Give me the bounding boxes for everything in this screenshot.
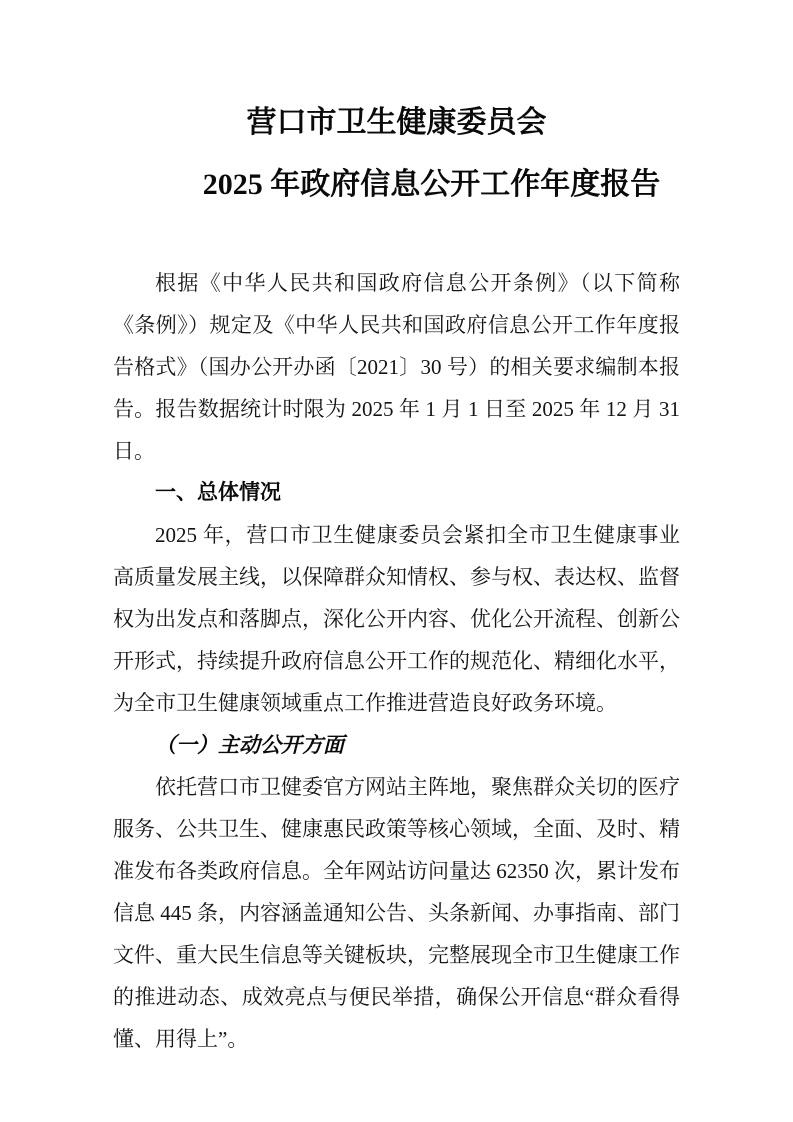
- document-title-line1: 营口市卫生健康委员会: [113, 103, 680, 143]
- document-content: 营口市卫生健康委员会 2025 年政府信息公开工作年度报告 根据《中华人民共和国…: [113, 0, 680, 1060]
- document-title: 营口市卫生健康委员会 2025 年政府信息公开工作年度报告: [113, 103, 680, 205]
- heading-proactive-disclosure: （一）主动公开方面: [113, 724, 680, 766]
- paragraph-report-basis: 根据《中华人民共和国政府信息公开条例》（以下简称《条例》）规定及《中华人民共和国…: [113, 262, 680, 472]
- document-page: 营口市卫生健康委员会 2025 年政府信息公开工作年度报告 根据《中华人民共和国…: [0, 0, 793, 1122]
- paragraph-overall-situation: 2025 年，营口市卫生健康委员会紧扣全市卫生健康事业高质量发展主线，以保障群众…: [113, 514, 680, 724]
- document-title-line2: 2025 年政府信息公开工作年度报告: [148, 165, 715, 205]
- paragraph-proactive-disclosure: 依托营口市卫健委官方网站主阵地，聚焦群众关切的医疗服务、公共卫生、健康惠民政策等…: [113, 766, 680, 1060]
- document-body: 根据《中华人民共和国政府信息公开条例》（以下简称《条例》）规定及《中华人民共和国…: [113, 262, 680, 1060]
- heading-overall-situation: 一、总体情况: [113, 472, 680, 514]
